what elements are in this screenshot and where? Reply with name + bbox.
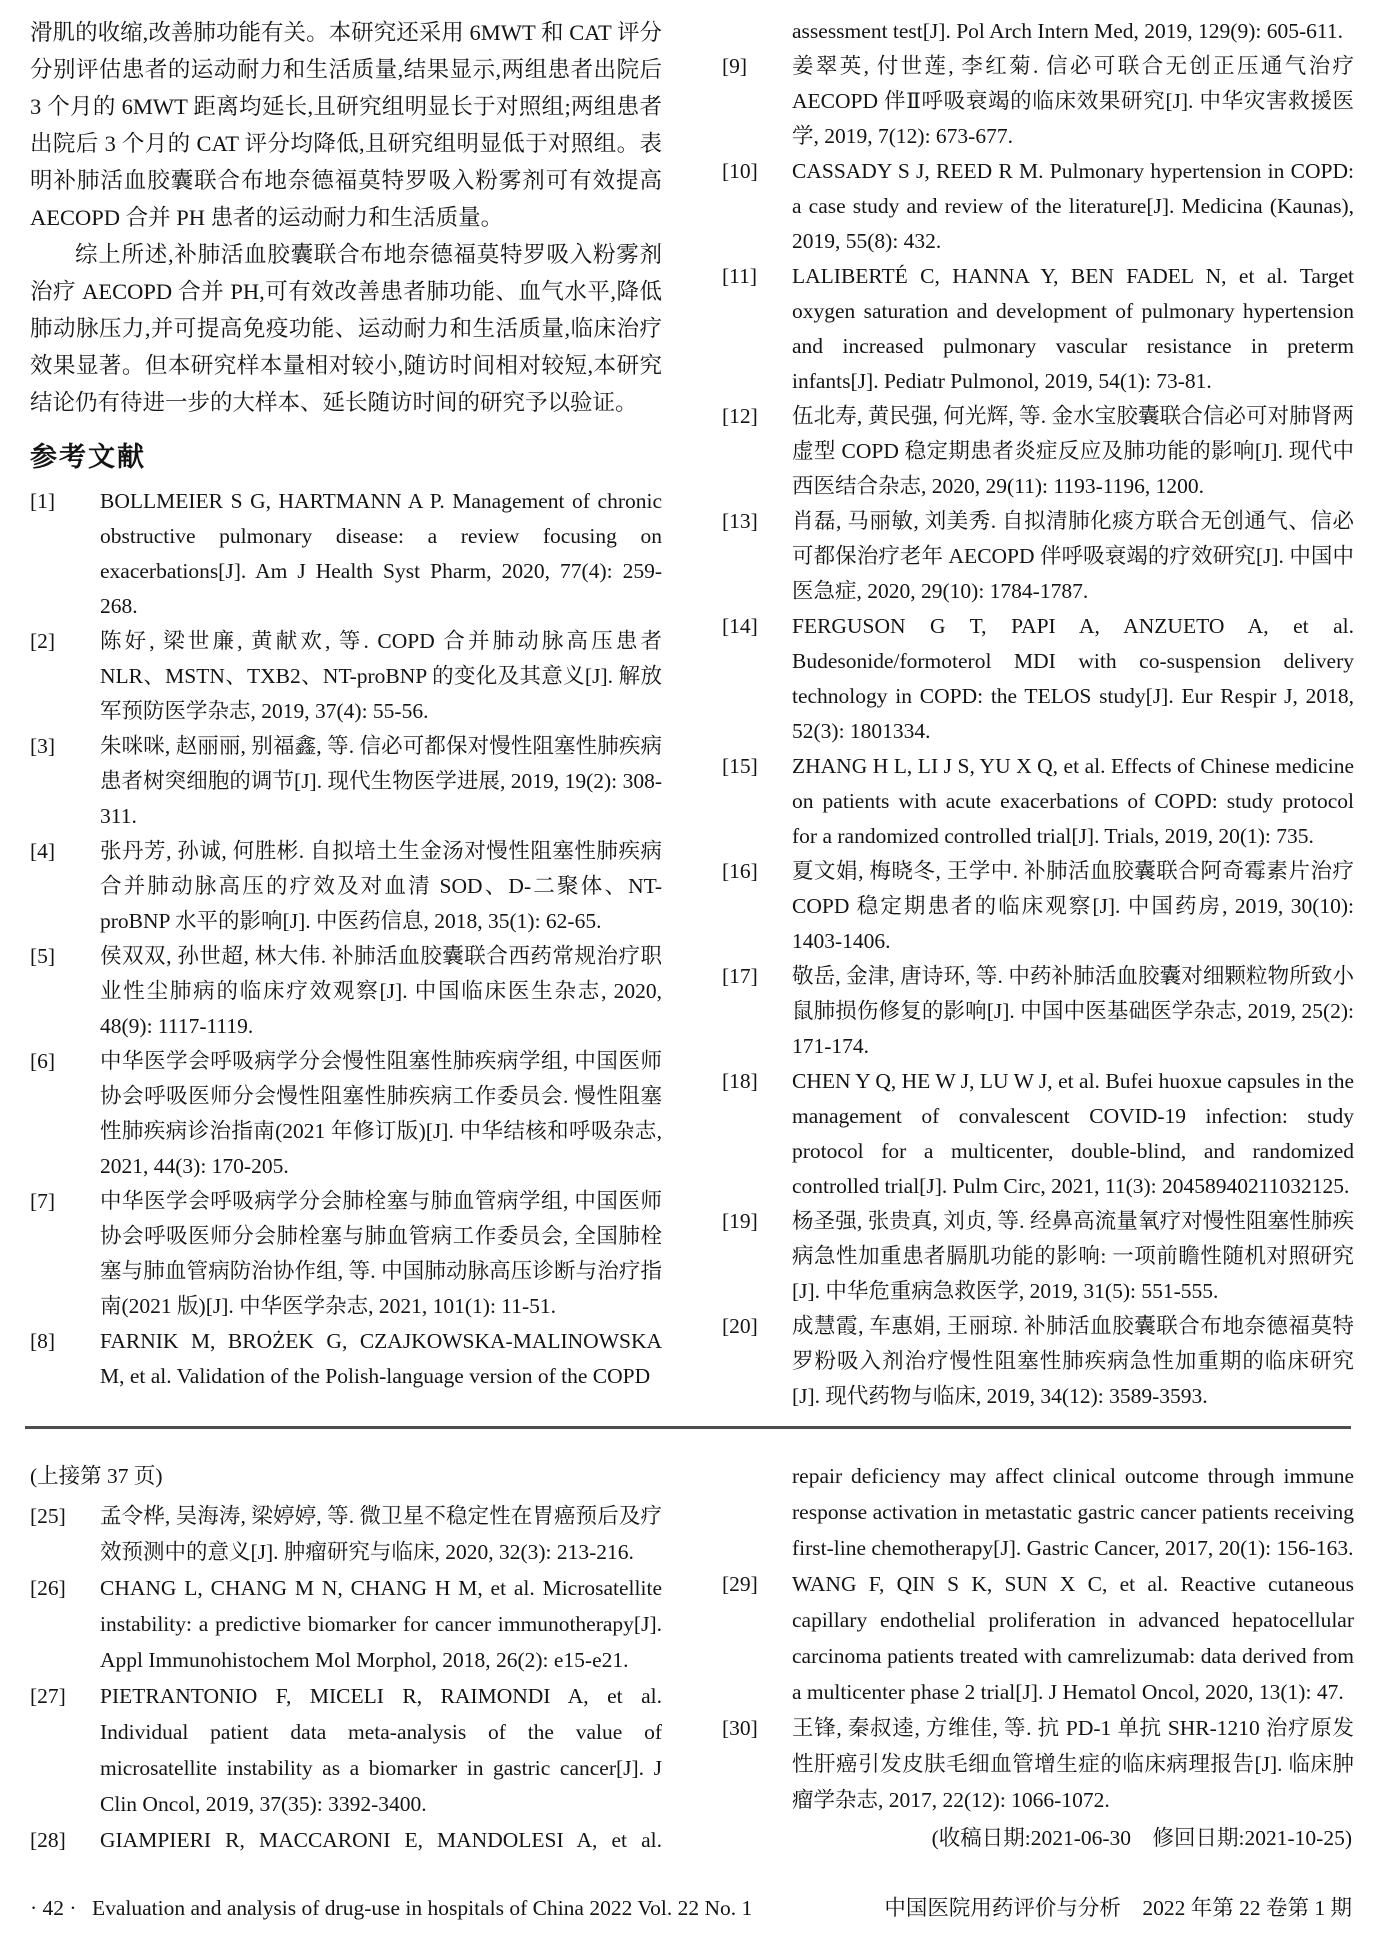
reference-item: [7] 中华医学会呼吸病学分会肺栓塞与肺血管病学组, 中国医师协会呼吸医师分会肺… [30,1184,662,1324]
reference-text: BOLLMEIER S G, HARTMANN A P. Management … [100,489,662,618]
reference-text: 张丹芳, 孙诚, 何胜彬. 自拟培土生金汤对慢性阻塞性肺疾病合并肺动脉高压的疗效… [100,839,662,933]
references-list-bottom-right: repair deficiency may affect clinical ou… [722,1458,1354,1818]
reference-item: [2] 陈好, 梁世廉, 黄献欢, 等. COPD 合并肺动脉高压患者 NLR、… [30,624,662,729]
footer-left: · 42 · Evaluation and analysis of drug-u… [30,1894,762,1922]
reference-number: [9] [722,49,747,84]
reference-number: [20] [722,1309,758,1344]
reference-item: [18] CHEN Y Q, HE W J, LU W J, et al. Bu… [722,1064,1354,1204]
reference-item: [1] BOLLMEIER S G, HARTMANN A P. Managem… [30,484,662,624]
reference-number: [12] [722,399,758,434]
reference-number: [5] [30,939,55,974]
reference-number: [15] [722,749,758,784]
journal-page: { "top_left": { "paragraph1": "滑肌的收缩,改善肺… [0,0,1375,1940]
reference-text: 中华医学会呼吸病学分会慢性阻塞性肺疾病学组, 中国医师协会呼吸医师分会慢性阻塞性… [100,1049,662,1178]
received-revised-dates: (收稿日期:2021-06-30 修回日期:2021-10-25) [722,1820,1354,1856]
reference-item: [19] 杨圣强, 张贵真, 刘贞, 等. 经鼻高流量氧疗对慢性阻塞性肺疾病急性… [722,1204,1354,1309]
top-right-column: assessment test[J]. Pol Arch Intern Med,… [722,14,1354,1418]
reference-item: [14] FERGUSON G T, PAPI A, ANZUETO A, et… [722,609,1354,749]
reference-number: [10] [722,154,758,189]
references-list-bottom-left: [25] 孟令桦, 吴海涛, 梁婷婷, 等. 微卫星不稳定性在胃癌预后及疗效预测… [30,1498,662,1866]
footer-journal-title-en: Evaluation and analysis of drug-use in h… [92,1896,752,1920]
reference-item: [11] LALIBERTÉ C, HANNA Y, BEN FADEL N, … [722,259,1354,399]
footer-journal-title-cn: 中国医院用药评价与分析 2022 年第 22 卷第 1 期 [884,1894,1352,1922]
continued-from-note: (上接第 37 页) [30,1458,662,1494]
reference-number: [30] [722,1710,758,1746]
bottom-left-column: (上接第 37 页) [25] 孟令桦, 吴海涛, 梁婷婷, 等. 微卫星不稳定… [30,1458,662,1866]
reference-item: [25] 孟令桦, 吴海涛, 梁婷婷, 等. 微卫星不稳定性在胃癌预后及疗效预测… [30,1498,662,1570]
reference-text: 伍北寿, 黄民强, 何光辉, 等. 金水宝胶囊联合信必可对肺肾两虚型 COPD … [792,404,1354,498]
bottom-right-column: repair deficiency may affect clinical ou… [722,1458,1354,1866]
reference-item: [9] 姜翠英, 付世莲, 李红菊. 信必可联合无创正压通气治疗 AECOPD … [722,49,1354,154]
reference-number: [27] [30,1678,66,1714]
reference-item: [12] 伍北寿, 黄民强, 何光辉, 等. 金水宝胶囊联合信必可对肺肾两虚型 … [722,399,1354,504]
reference-text: CHEN Y Q, HE W J, LU W J, et al. Bufei h… [792,1069,1354,1198]
reference-item: [28] GIAMPIERI R, MACCARONI E, MANDOLESI… [30,1822,662,1866]
reference-item: [3] 朱咪咪, 赵丽丽, 别福鑫, 等. 信必可都保对慢性阻塞性肺疾病患者树突… [30,729,662,834]
body-paragraph-continuation: 滑肌的收缩,改善肺功能有关。本研究还采用 6MWT 和 CAT 评分分别评估患者… [30,14,662,236]
reference-text: CHANG L, CHANG M N, CHANG H M, et al. Mi… [100,1576,662,1672]
references-list-left: [1] BOLLMEIER S G, HARTMANN A P. Managem… [30,484,662,1394]
reference-number: [26] [30,1570,66,1606]
reference-text: ZHANG H L, LI J S, YU X Q, et al. Effect… [792,754,1354,848]
body-paragraph-conclusion: 综上所述,补肺活血胶囊联合布地奈德福莫特罗吸入粉雾剂治疗 AECOPD 合并 P… [30,236,662,421]
reference-text: 朱咪咪, 赵丽丽, 别福鑫, 等. 信必可都保对慢性阻塞性肺疾病患者树突细胞的调… [100,734,662,828]
reference-text: 杨圣强, 张贵真, 刘贞, 等. 经鼻高流量氧疗对慢性阻塞性肺疾病急性加重患者膈… [792,1209,1354,1303]
reference-text: PIETRANTONIO F, MICELI R, RAIMONDI A, et… [100,1684,662,1816]
reference-number: [18] [722,1064,758,1099]
reference-item: [17] 敬岳, 金津, 唐诗环, 等. 中药补肺活血胶囊对细颗粒物所致小鼠肺损… [722,959,1354,1064]
reference-number: [13] [722,504,758,539]
reference-item: [26] CHANG L, CHANG M N, CHANG H M, et a… [30,1570,662,1678]
page-number: · 42 · [30,1896,77,1920]
reference-text: CASSADY S J, REED R M. Pulmonary hyperte… [792,159,1354,253]
reference-text: 敬岳, 金津, 唐诗环, 等. 中药补肺活血胶囊对细颗粒物所致小鼠肺损伤修复的影… [792,964,1354,1058]
reference-text: 侯双双, 孙世超, 林大伟. 补肺活血胶囊联合西药常规治疗职业性尘肺病的临床疗效… [100,944,662,1038]
reference-text: 姜翠英, 付世莲, 李红菊. 信必可联合无创正压通气治疗 AECOPD 伴Ⅱ呼吸… [792,54,1354,148]
reference-item: [27] PIETRANTONIO F, MICELI R, RAIMONDI … [30,1678,662,1822]
reference-text: assessment test[J]. Pol Arch Intern Med,… [792,19,1343,43]
reference-text: WANG F, QIN S K, SUN X C, et al. Reactiv… [792,1572,1354,1704]
reference-item: [4] 张丹芳, 孙诚, 何胜彬. 自拟培土生金汤对慢性阻塞性肺疾病合并肺动脉高… [30,834,662,939]
reference-text: FERGUSON G T, PAPI A, ANZUETO A, et al. … [792,614,1354,743]
reference-number: [6] [30,1044,55,1079]
section-divider-rule [25,1426,1351,1429]
reference-text: FARNIK M, BROŻEK G, CZAJKOWSKA-MALINOWSK… [100,1329,662,1388]
reference-item: [13] 肖磊, 马丽敏, 刘美秀. 自拟清肺化痰方联合无创通气、信必可都保治疗… [722,504,1354,609]
reference-number: [7] [30,1184,55,1219]
reference-number: [17] [722,959,758,994]
page-footer: · 42 · Evaluation and analysis of drug-u… [30,1894,1352,1922]
reference-number: [16] [722,854,758,889]
reference-item: [16] 夏文娟, 梅晓冬, 王学中. 补肺活血胶囊联合阿奇霉素片治疗 COPD… [722,854,1354,959]
reference-item: [5] 侯双双, 孙世超, 林大伟. 补肺活血胶囊联合西药常规治疗职业性尘肺病的… [30,939,662,1044]
reference-item: assessment test[J]. Pol Arch Intern Med,… [722,14,1354,49]
reference-number: [11] [722,259,757,294]
reference-number: [28] [30,1822,66,1858]
reference-number: [2] [30,624,55,659]
reference-number: [14] [722,609,758,644]
reference-text: 肖磊, 马丽敏, 刘美秀. 自拟清肺化痰方联合无创通气、信必可都保治疗老年 AE… [792,509,1354,603]
reference-text: 成慧霞, 车惠娟, 王丽琼. 补肺活血胶囊联合布地奈德福莫特罗粉吸入剂治疗慢性阻… [792,1314,1354,1408]
reference-item: [20] 成慧霞, 车惠娟, 王丽琼. 补肺活血胶囊联合布地奈德福莫特罗粉吸入剂… [722,1309,1354,1414]
top-left-column: 滑肌的收缩,改善肺功能有关。本研究还采用 6MWT 和 CAT 评分分别评估患者… [30,14,662,1418]
reference-item: repair deficiency may affect clinical ou… [722,1458,1354,1566]
reference-text: 孟令桦, 吴海涛, 梁婷婷, 等. 微卫星不稳定性在胃癌预后及疗效预测中的意义[… [100,1504,662,1564]
reference-number: [25] [30,1498,66,1534]
reference-number: [3] [30,729,55,764]
reference-text: repair deficiency may affect clinical ou… [792,1464,1354,1560]
reference-number: [8] [30,1324,55,1359]
reference-text: LALIBERTÉ C, HANNA Y, BEN FADEL N, et al… [792,264,1354,393]
reference-item: [15] ZHANG H L, LI J S, YU X Q, et al. E… [722,749,1354,854]
reference-number: [1] [30,484,55,519]
reference-text: 中华医学会呼吸病学分会肺栓塞与肺血管病学组, 中国医师协会呼吸医师分会肺栓塞与肺… [100,1189,662,1318]
reference-text: GIAMPIERI R, MACCARONI E, MANDOLESI A, e… [100,1828,662,1866]
references-heading: 参考文献 [30,435,662,474]
reference-item: [29] WANG F, QIN S K, SUN X C, et al. Re… [722,1566,1354,1710]
references-list-right: assessment test[J]. Pol Arch Intern Med,… [722,14,1354,1414]
reference-number: [4] [30,834,55,869]
reference-item: [8] FARNIK M, BROŻEK G, CZAJKOWSKA-MALIN… [30,1324,662,1394]
reference-text: 夏文娟, 梅晓冬, 王学中. 补肺活血胶囊联合阿奇霉素片治疗 COPD 稳定期患… [792,859,1354,953]
reference-item: [6] 中华医学会呼吸病学分会慢性阻塞性肺疾病学组, 中国医师协会呼吸医师分会慢… [30,1044,662,1184]
reference-number: [29] [722,1566,758,1602]
reference-text: 陈好, 梁世廉, 黄献欢, 等. COPD 合并肺动脉高压患者 NLR、MSTN… [100,629,662,723]
reference-number: [19] [722,1204,758,1239]
reference-item: [30] 王锋, 秦叔逵, 方维佳, 等. 抗 PD-1 单抗 SHR-1210… [722,1710,1354,1818]
reference-text: 王锋, 秦叔逵, 方维佳, 等. 抗 PD-1 单抗 SHR-1210 治疗原发… [792,1716,1354,1812]
received-revised-dates: (收稿日期:2021-06-22 修回日期:2021-10-04) [722,1416,1354,1418]
reference-item: [10] CASSADY S J, REED R M. Pulmonary hy… [722,154,1354,259]
